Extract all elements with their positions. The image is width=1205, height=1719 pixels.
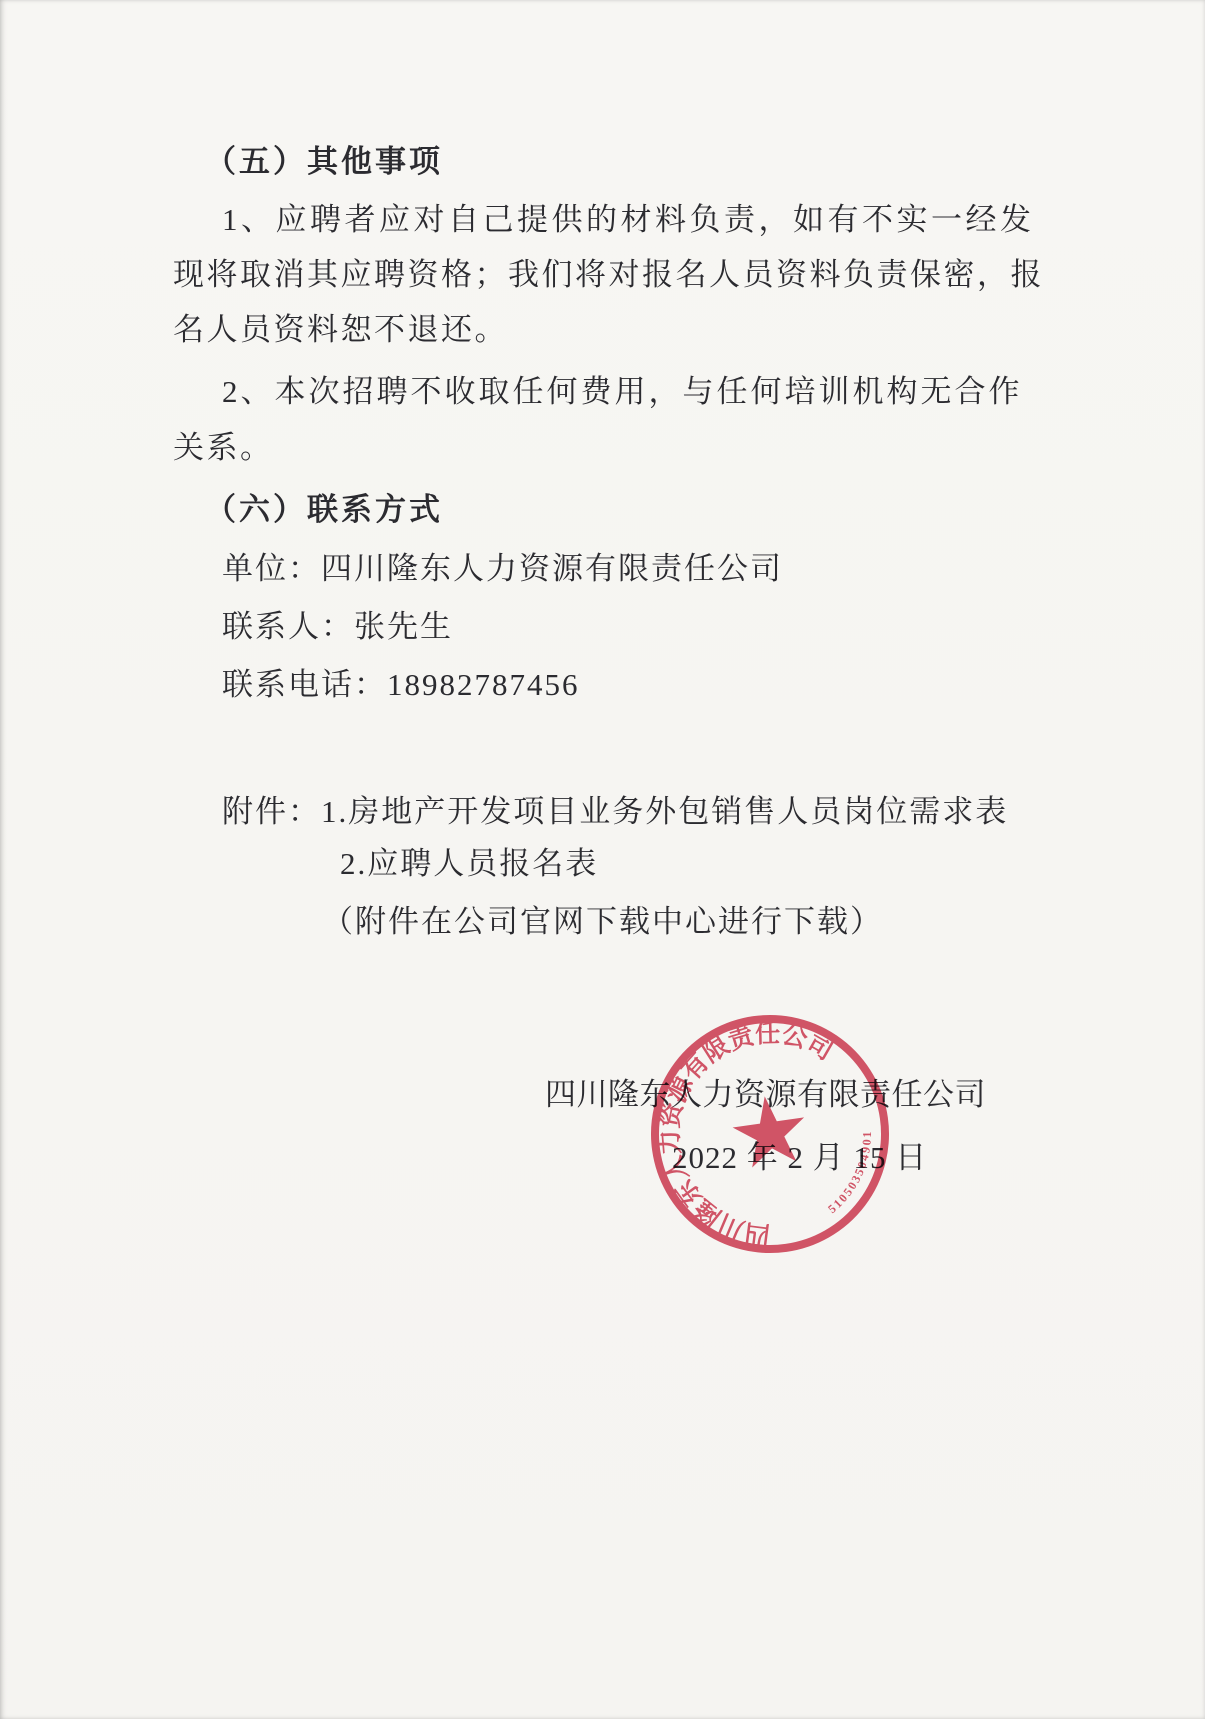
attachments-line1: 附件：1.房地产开发项目业务外包销售人员岗位需求表 <box>222 794 1008 830</box>
para1-line2: 现将取消其应聘资格；我们将对报名人员资料负责保密，报 <box>173 257 1044 293</box>
attachments-line3: （附件在公司官网下载中心进行下载） <box>322 904 883 940</box>
contact-phone-line: 联系电话：18982787456 <box>222 667 580 703</box>
para1-line1: 1、应聘者应对自己提供的材料负责，如有不实一经发 <box>222 202 1035 238</box>
scanned-document-page: （五）其他事项 1、应聘者应对自己提供的材料负责，如有不实一经发 现将取消其应聘… <box>0 0 1205 1719</box>
contact-unit-line: 单位：四川隆东人力资源有限责任公司 <box>222 551 783 587</box>
seal-star-icon <box>729 1091 810 1169</box>
para1-line3: 名人员资料恕不退还。 <box>173 312 508 348</box>
para2-line1: 2、本次招聘不收取任何费用，与任何培训机构无合作 <box>222 374 1023 410</box>
para2-line2: 关系。 <box>173 430 274 466</box>
attachments-line2: 2.应聘人员报名表 <box>340 846 598 882</box>
company-seal: 四川隆东人力资源有限责任公司 5105035049013 <box>629 993 911 1275</box>
contact-person-line: 联系人：张先生 <box>222 609 453 645</box>
section6-heading: （六）联系方式 <box>205 492 443 528</box>
section5-heading: （五）其他事项 <box>205 144 443 180</box>
